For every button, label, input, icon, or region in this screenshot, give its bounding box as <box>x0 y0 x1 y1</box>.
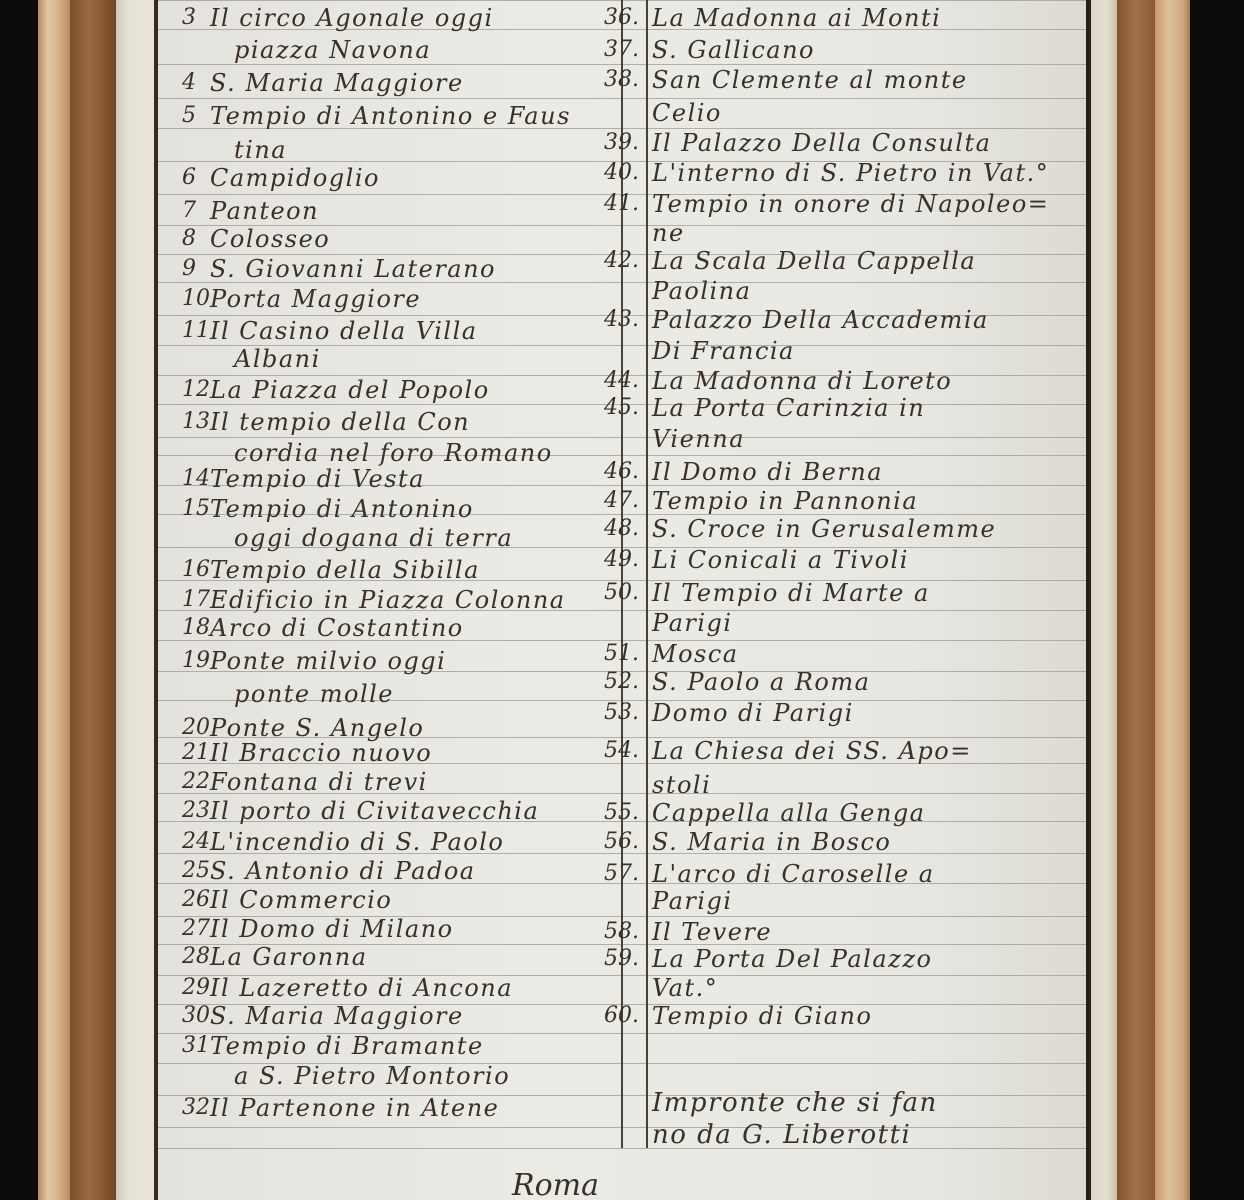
paper-left-border-line <box>154 0 158 1200</box>
entry-title: La Madonna di Loreto <box>652 368 952 394</box>
frame-left-inner-wood <box>70 0 116 1200</box>
entry-title: Tempio in Pannonia <box>652 488 918 514</box>
entry-title: S. Croce in Gerusalemme <box>652 516 996 542</box>
entry-title: Edificio in Piazza Colonna <box>210 587 566 613</box>
entry-number: 27 <box>182 916 210 942</box>
note-line-1: Impronte che si fan <box>652 1090 938 1116</box>
footer-place-name: Roma <box>512 1168 599 1200</box>
entry-title: Fontana di trevi <box>210 769 428 795</box>
entry-title: ne <box>652 220 685 246</box>
entry-number: 49. <box>604 547 639 573</box>
entry-number: 56. <box>604 829 639 855</box>
entry-title: La Garonna <box>210 944 368 970</box>
entry-title: stoli <box>652 772 711 798</box>
entry-title: Tempio di Antonino e Faus <box>210 103 571 129</box>
entry-number: 53. <box>604 700 639 726</box>
entry-title: Porta Maggiore <box>210 286 421 312</box>
entry-number: 14 <box>182 466 210 492</box>
entry-number: 8 <box>182 226 196 252</box>
entry-title: Il porto di Civitavecchia <box>210 798 539 824</box>
entry-number: 30 <box>182 1003 210 1029</box>
entry-number: 52. <box>604 669 639 695</box>
entry-number: 26 <box>182 887 210 913</box>
entry-number: 19 <box>182 648 210 674</box>
entry-number: 31 <box>182 1033 210 1059</box>
entry-title: Domo di Parigi <box>652 700 854 726</box>
entry-title: Paolina <box>652 278 751 304</box>
entry-number: 29 <box>182 975 210 1001</box>
entry-number: 55. <box>604 800 639 826</box>
entry-title: Ponte S. Angelo <box>210 715 424 741</box>
mat-left <box>116 0 156 1200</box>
entry-title: Tempio di Antonino <box>210 496 474 522</box>
entry-title: Tempio della Sibilla <box>210 557 480 583</box>
entry-title: Li Conicali a Tivoli <box>652 547 909 573</box>
entry-title: piazza Navona <box>234 37 431 63</box>
entry-title: Colosseo <box>210 226 330 252</box>
entry-title: Il Tevere <box>652 919 772 945</box>
entry-number: 9 <box>182 256 196 282</box>
entry-title: S. Maria Maggiore <box>210 1003 464 1029</box>
frame-left-outer-wood <box>38 0 70 1200</box>
entry-title: Il Commercio <box>210 887 392 913</box>
entry-number: 36. <box>604 5 639 31</box>
entry-title: Tempio in onore di Napoleo= <box>652 191 1049 217</box>
entry-number: 23 <box>182 798 210 824</box>
entry-title: S. Giovanni Laterano <box>210 256 496 282</box>
entry-number: 54. <box>604 738 639 764</box>
entry-number: 7 <box>182 198 196 224</box>
entry-title: Il circo Agonale oggi <box>210 5 494 31</box>
entry-title: San Clemente al monte <box>652 67 968 93</box>
entry-number: 60. <box>604 1003 639 1029</box>
entry-number: 28 <box>182 944 210 970</box>
entry-number: 21 <box>182 740 210 766</box>
entry-number: 16 <box>182 557 210 583</box>
entry-number: 57. <box>604 861 639 887</box>
entry-number: 24 <box>182 829 210 855</box>
ruled-line <box>158 1148 1086 1149</box>
entry-title: Il Tempio di Marte a <box>652 580 930 606</box>
entry-number: 22 <box>182 769 210 795</box>
entry-number: 58. <box>604 919 639 945</box>
entry-title: Parigi <box>652 610 733 636</box>
entry-title: La Porta Carinzia in <box>652 395 925 421</box>
entry-number: 50. <box>604 580 639 606</box>
entry-title: Parigi <box>652 888 733 914</box>
entry-title: Il Casino della Villa <box>210 318 478 344</box>
entry-title: S. Maria in Bosco <box>652 829 891 855</box>
entry-number: 48. <box>604 516 639 542</box>
entry-title: Campidoglio <box>210 165 380 191</box>
entry-number: 12 <box>182 377 210 403</box>
entry-title: Il Partenone in Atene <box>210 1095 499 1121</box>
entry-title: Ponte milvio oggi <box>210 648 446 674</box>
column-divider-right <box>646 0 648 1148</box>
entry-number: 38. <box>604 67 639 93</box>
entry-number: 47. <box>604 488 639 514</box>
entry-title: S. Gallicano <box>652 37 815 63</box>
entry-title: Panteon <box>210 198 319 224</box>
entry-number: 18 <box>182 615 210 641</box>
entry-title: La Piazza del Popolo <box>210 377 490 403</box>
entry-number: 42. <box>604 248 639 274</box>
entry-title: S. Antonio di Padoa <box>210 858 476 884</box>
entry-title: Vienna <box>652 426 745 452</box>
entry-title: Vat.° <box>652 975 718 1001</box>
entry-number: 25 <box>182 858 210 884</box>
entry-title: Il Lazeretto di Ancona <box>210 975 513 1001</box>
entry-title: Cappella alla Genga <box>652 800 926 826</box>
entry-number: 4 <box>182 70 196 96</box>
entry-title: Tempio di Bramante <box>210 1033 484 1059</box>
entry-number: 51. <box>604 641 639 667</box>
entry-title: L'incendio di S. Paolo <box>210 829 504 855</box>
entry-title: L'arco di Caroselle a <box>652 861 935 887</box>
entry-number: 32 <box>182 1095 210 1121</box>
entry-title: Il Palazzo Della Consulta <box>652 130 991 156</box>
entry-title: Celio <box>652 100 722 126</box>
entry-number: 10 <box>182 286 210 312</box>
entry-number: 3 <box>182 5 196 31</box>
entry-number: 44. <box>604 368 639 394</box>
entry-title: Tempio di Vesta <box>210 466 425 492</box>
entry-title: Palazzo Della Accademia <box>652 307 989 333</box>
entry-number: 17 <box>182 587 210 613</box>
entry-title: cordia nel foro Romano <box>234 440 553 466</box>
entry-number: 37. <box>604 37 639 63</box>
entry-title: La Scala Della Cappella <box>652 248 976 274</box>
entry-number: 15 <box>182 496 210 522</box>
entry-title: La Madonna ai Monti <box>652 5 941 31</box>
entry-title: a S. Pietro Montorio <box>234 1063 510 1089</box>
entry-number: 5 <box>182 103 196 129</box>
frame-right-inner-wood <box>1117 0 1155 1200</box>
entry-title: Il Domo di Berna <box>652 459 883 485</box>
mat-right <box>1091 0 1117 1200</box>
entry-number: 6 <box>182 165 196 191</box>
entry-title: Albani <box>234 346 321 372</box>
entry-number: 40. <box>604 160 639 186</box>
entry-title: Tempio di Giano <box>652 1003 872 1029</box>
entry-number: 41. <box>604 191 639 217</box>
entry-number: 11 <box>182 318 210 344</box>
entry-title: L'interno di S. Pietro in Vat.° <box>652 160 1049 186</box>
entry-title: Il tempio della Con <box>210 409 470 435</box>
entry-title: tina <box>234 137 287 163</box>
entry-title: Arco di Costantino <box>210 615 464 641</box>
entry-number: 59. <box>604 946 639 972</box>
entry-title: La Chiesa dei SS. Apo= <box>652 738 972 764</box>
entry-number: 45. <box>604 395 639 421</box>
note-line-2: no da G. Liberotti <box>652 1122 911 1148</box>
entry-title: Il Braccio nuovo <box>210 740 432 766</box>
entry-number: 46. <box>604 459 639 485</box>
entry-title: Di Francia <box>652 338 795 364</box>
entry-title: ponte molle <box>234 681 394 707</box>
frame-right-outer-wood <box>1155 0 1190 1200</box>
entry-title: oggi dogana di terra <box>234 525 513 551</box>
entry-title: La Porta Del Palazzo <box>652 946 932 972</box>
entry-title: S. Maria Maggiore <box>210 70 464 96</box>
entry-title: S. Paolo a Roma <box>652 669 870 695</box>
entry-title: Mosca <box>652 641 739 667</box>
entry-title: Il Domo di Milano <box>210 916 454 942</box>
entry-number: 20 <box>182 715 210 741</box>
entry-number: 43. <box>604 307 639 333</box>
entry-number: 39. <box>604 130 639 156</box>
entry-number: 13 <box>182 409 210 435</box>
